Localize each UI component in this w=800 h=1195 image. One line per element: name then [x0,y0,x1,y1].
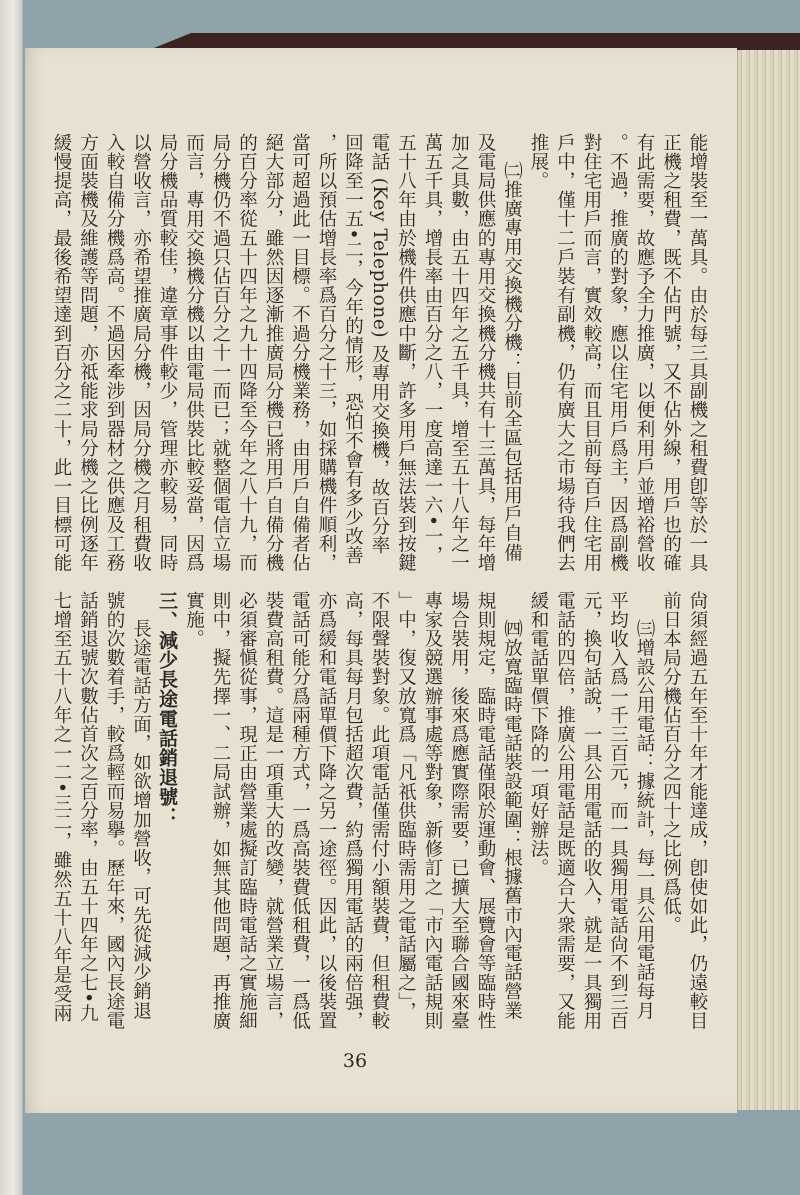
text-column: 局分機仍不過只佔百分之十一而已；就整個電信立場 [207,133,234,563]
vertical-text-block: 能增裝至一萬具。由於每三具副機之租費卽等於一具正機之租費，既不佔門號，又不佔外線… [115,133,710,1053]
text-column: 入較自備分機爲高。不過因牽涉到器材之供應及工務 [101,133,128,563]
section-heading: 三、減少長途電話銷退號： [154,591,181,1061]
text-column: 則中，擬先擇一、二局試辦，如無其他問題，再推廣 [207,591,234,1061]
text-column: ㈢增設公用電話：據統計，每一具公用電話每月 [631,619,658,1061]
text-column: 長途電話方面，如欲增加營收，可先從減少銷退 [127,619,154,1061]
text-column: 前日本局分機佔百分之四十之比例爲低。 [657,591,684,1061]
text-column: 裝費高租費。這是一項重大的改變，就營業立場言， [260,591,287,1061]
text-column: 七增至五十八年之一二•三二，雖然五十八年是受兩 [48,591,75,1061]
text-column: 方面裝機及維護等問題，亦祗能求局分機之比例逐年 [74,133,101,563]
text-column: 電話的四倍，推廣公用電話是既適合大衆需要，又能 [551,591,578,1061]
text-column: 當可超過此一目標。不過分機業務，由用戶自備者佔 [286,133,313,563]
text-column: 萬五千具，增長率由百分之八，一度高達一六•一， [419,133,446,563]
text-column: ㈣放寬臨時電話裝設範圍：根據舊市內電話營業 [498,619,525,1061]
text-column: 絕大部分，雖然因逐漸推廣局分機已將用戶自備分機 [260,133,287,563]
text-column: 的百分率從五十四年之九十四降至今年之八十九，而 [233,133,260,563]
text-column: 」中，復又放寬爲「凡祇供臨時需用之電話屬之」， [392,591,419,1061]
text-column: 加之具數，由五十四年之五千具，增至五十八年之一 [445,133,472,563]
text-column: 局分機品質較佳，違章事件較少，管理亦較易，同時 [154,133,181,563]
text-column: 實施。 [180,591,207,1061]
text-column: 電話 (Key Telephone) 及專用交換機，故百分率 [366,133,393,563]
upper-text-section: 能增裝至一萬具。由於每三具副機之租費卽等於一具正機之租費，既不佔門號，又不佔外線… [115,133,710,563]
text-column: 回降至一五•二，今年的情形，恐怕不會有多少改善 [339,133,366,563]
text-column: 專家及競選辦事處等對象，新修訂之「市內電話規則 [419,591,446,1061]
text-column: ，所以預估增長率爲百分之十三，如採購機件順利， [313,133,340,563]
text-column: 元，換句話說，一具公用電話的收入，就是一具獨用 [578,591,605,1061]
page-stack-edges [737,50,800,1110]
text-column: 緩慢提高，最後希望達到百分之二十，此一目標可能 [48,133,75,563]
text-column: 而言，專用交換機分機以由電局供裝比較妥當，因爲 [180,133,207,563]
text-column: 號的次數着手，較爲輕而易擧。歷年來，國內長途電 [101,591,128,1061]
text-column: 及電局供應的專用交換機分機共有十三萬具，每年增 [472,133,499,563]
text-column: 電話可能分爲兩種方式，一爲高裝費低租費，一爲低 [286,591,313,1061]
text-column: 緩和電話單價下降的一項好辦法。 [525,591,552,1061]
text-column: 對住宅用戶而言，實效較高，而且目前每百戶住宅用 [578,133,605,563]
text-column: 必須審愼從事，現正由營業處擬訂臨時電話之實施細 [233,591,260,1061]
text-column: 不限聲裝對象。此項電話僅需付小額裝費，但租費較 [366,591,393,1061]
text-column: 高，每具每月包括超次費，約爲獨用電話的兩倍强， [339,591,366,1061]
adjacent-book-edge [0,0,23,1195]
text-column: 五十八年由於機件供應中斷，許多用戶無法裝到按鍵 [392,133,419,563]
page-number: 36 [325,1050,385,1072]
text-column: 正機之租費，既不佔門號，又不佔外線，用戶也的確 [657,133,684,563]
text-column: 能增裝至一萬具。由於每三具副機之租費卽等於一具 [684,133,711,563]
text-column: 有此需要，故應予全力推廣，以便利用戶並增裕營收 [631,133,658,563]
text-column: 尙須經過五年至十年才能達成，卽使如此，仍遠較目 [684,591,711,1061]
text-column: 亦爲緩和電話單價下降之另一途徑。因此，以後裝置 [313,591,340,1061]
text-column: 場合裝用，後來爲應實際需要，已擴大至聯合國來臺 [445,591,472,1061]
text-column: 以營收言，亦希望推廣局分機，因局分機之月租費收 [127,133,154,563]
text-column: 規則規定，臨時電話僅限於運動會、展覽會等臨時性 [472,591,499,1061]
text-column: 平均收入爲一千三百元，而一具獨用電話尙不到三百 [604,591,631,1061]
lower-text-section: 尙須經過五年至十年才能達成，卽使如此，仍遠較目前日本局分機佔百分之四十之比例爲低… [115,591,710,1061]
text-column: 話銷退號次數佔首次之百分率，由五十四年之七•九 [74,591,101,1061]
text-column: 戶中，僅十二戶裝有副機，仍有廣大之市場待我們去 [551,133,578,563]
text-column: 推展。 [525,133,552,563]
text-column: 。不過，推廣的對象，應以住宅用戶爲主，因爲副機 [604,133,631,563]
text-column: ㈡推廣專用交換機分機：目前全區包括用戶自備 [498,161,525,563]
